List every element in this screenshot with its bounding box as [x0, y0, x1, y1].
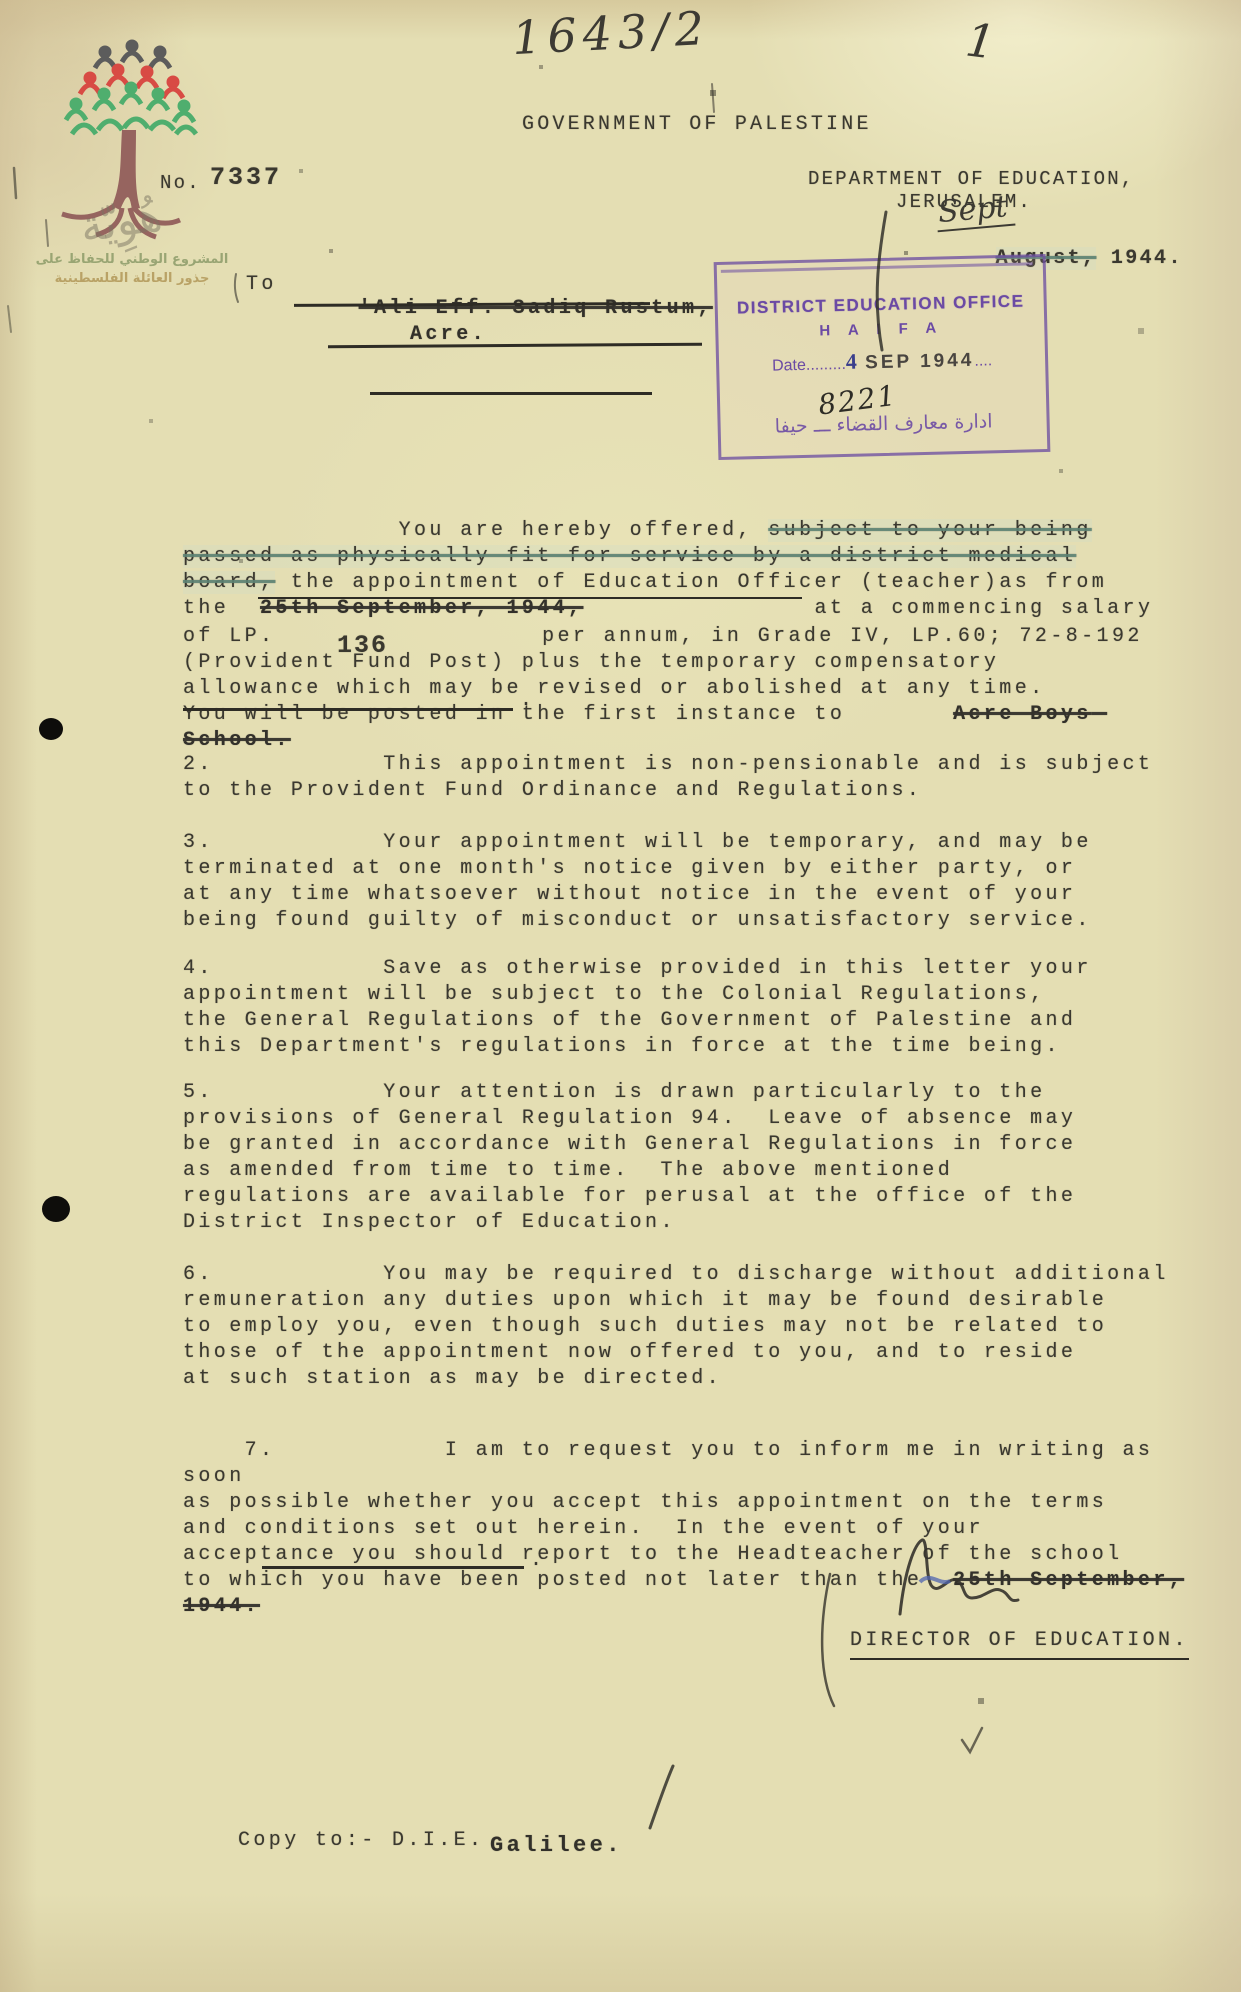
letter-page: هُوِيّة المشروع الوطني للحفاظ على جذور ا… — [0, 0, 1241, 1992]
paragraph-3: 3. Your appointment will be temporary, a… — [183, 830, 1193, 934]
p7-struck-date: 25th September, — [953, 1569, 1184, 1592]
paragraph-2: 2. This appointment is non-pensionable a… — [183, 752, 1193, 804]
stamp-smear-line — [721, 262, 1033, 273]
stamp-date-dots2: .... — [974, 352, 992, 369]
family-tree-logo-icon — [52, 38, 212, 288]
stamp-city: H A I F A — [718, 317, 1044, 342]
addressee-name: 'Ali Eff. Sadiq Rustum, — [359, 297, 713, 320]
date-year: 1944. — [1096, 247, 1182, 270]
punch-hole — [39, 718, 63, 740]
pen-check-mark — [962, 1728, 982, 1752]
paragraph-6: 6. You may be required to discharge with… — [183, 1262, 1193, 1392]
copy-to-label: Copy to:- D.I.E. — [238, 1828, 484, 1854]
stamp-date-day: 4 — [846, 349, 858, 374]
handwritten-file-ref: 1643/2 — [511, 1, 711, 65]
p7-struck-year: 1944. — [183, 1595, 260, 1618]
paragraph-7: 7. I am to request you to inform me in w… — [183, 1412, 1193, 1646]
pen-tick — [8, 306, 11, 332]
pen-tick — [14, 168, 16, 198]
stamp-office-name: DISTRICT EDUCATION OFFICE — [718, 291, 1044, 319]
copy-to-destination: Galilee. — [490, 1833, 623, 1859]
ref-no-value: 7337 — [210, 165, 282, 191]
pen-tick — [46, 220, 48, 246]
posting-blank-underline — [183, 708, 513, 711]
p1-struck-date: 25th September, 1944, — [260, 597, 583, 620]
paragraph-5: 5. Your attention is drawn particularly … — [183, 1080, 1193, 1236]
paper-specks — [0, 0, 2, 2]
to-label: To — [246, 272, 277, 298]
punch-hole — [42, 1196, 70, 1222]
letterhead-government: GOVERNMENT OF PALESTINE — [522, 112, 872, 138]
stamp-date-rest: SEP 1944 — [857, 350, 975, 374]
paragraph-1: You are hereby offered, subject to your … — [183, 492, 1193, 780]
signature-title: DIRECTOR OF EDUCATION. — [850, 1628, 1189, 1660]
stamp-date-label: Date — [772, 357, 806, 375]
paragraph-4: 4. Save as otherwise provided in this le… — [183, 956, 1193, 1060]
watermark-org-line1: المشروع الوطني للحفاظ على — [32, 252, 232, 267]
pen-tick — [235, 274, 238, 302]
posting-period: . — [520, 688, 535, 714]
pen-tick — [712, 84, 714, 112]
reference-rule — [370, 392, 652, 395]
p1-salary-amount: 136 — [337, 631, 388, 660]
p1-text: You are hereby offered, — [245, 519, 769, 542]
handwritten-page-number: 1 — [963, 12, 999, 69]
ref-no-label: No. — [160, 170, 201, 196]
archive-watermark: هُوِيّة المشروع الوطني للحفاظ على جذور ا… — [52, 38, 212, 288]
deadline-period: . — [530, 1548, 545, 1574]
stamp-arabic-text: ادارة معارف القضاء ـــ حيفا — [720, 409, 1046, 439]
date-blank-underline — [258, 597, 802, 599]
district-office-stamp: DISTRICT EDUCATION OFFICE H A I F A Date… — [714, 254, 1051, 460]
stamp-date-dots1: ......... — [806, 356, 846, 374]
pen-check-slash — [650, 1766, 673, 1828]
watermark-org-line2: جذور العائلة الفلسطينية — [32, 271, 232, 286]
deadline-strike-rule — [262, 1566, 524, 1569]
stamp-date-row: Date.........4 SEP 1944.... — [719, 344, 1046, 378]
